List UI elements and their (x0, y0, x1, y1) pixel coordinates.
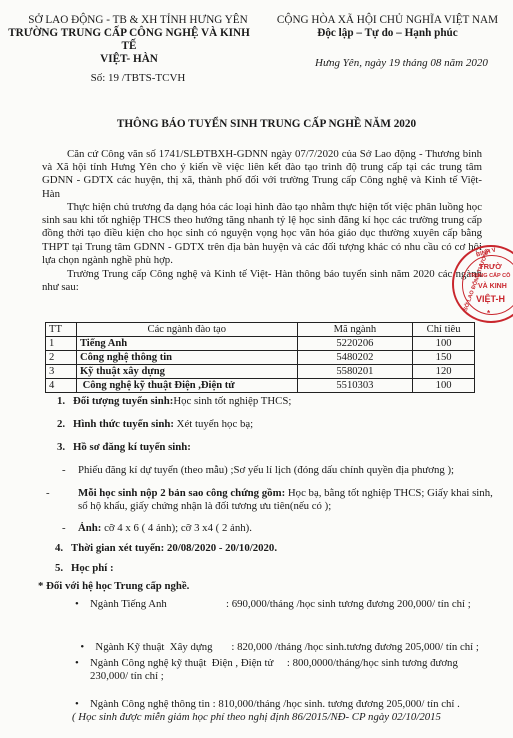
header-program: Các ngành đào tạo (76, 323, 297, 337)
row-tt: 4 (46, 379, 77, 393)
row-tt: 2 (46, 351, 77, 365)
school-name-cont: VIỆT- HÀN (0, 53, 258, 66)
table-row: 2 Công nghệ thông tin 5480202 150 (46, 351, 475, 365)
documents-item: -Mỗi học sinh nộp 2 bản sao công chứng g… (62, 487, 498, 514)
row-tt: 3 (46, 365, 77, 379)
document-date: Hưng Yên, ngày 19 tháng 08 năm 2020 (315, 57, 488, 69)
paragraph-purpose: Thực hiện chủ trương đa dạng hóa các loạ… (42, 201, 482, 267)
paragraph-announcement: Trường Trung cấp Công nghệ và Kinh tế Vi… (42, 268, 482, 294)
row-program: Kỹ thuật xây dựng (76, 365, 297, 379)
row-code: 5480202 (297, 351, 413, 365)
row-code: 5220206 (297, 337, 413, 351)
school-name: TRƯỜNG TRUNG CẤP CÔNG NGHỆ VÀ KINH TẾ (0, 27, 258, 53)
row-quota: 120 (413, 365, 475, 379)
row-code: 5510303 (297, 379, 413, 393)
row-quota: 150 (413, 351, 475, 365)
section-documents: 3.Hồ sơ đăng kí tuyển sinh: (57, 441, 191, 454)
fee-item: •Ngành Công nghệ thông tin : 810,000/thá… (75, 698, 505, 711)
documents-item: -Ảnh: cỡ 4 x 6 ( 4 ảnh); cỡ 3 x4 ( 2 ảnh… (62, 522, 252, 535)
national-title: CỘNG HÒA XÃ HỘI CHỦ NGHĨA VIỆT NAM (262, 14, 513, 27)
row-program: Tiếng Anh (76, 337, 297, 351)
section-method: 2.Hình thức tuyển sinh: Xét tuyển học bạ… (57, 418, 253, 431)
fee-item: •Ngành Công nghệ kỹ thuật Điện , Điện tử… (75, 657, 490, 683)
fee-item: •Ngành Tiếng Anh: 690,000/tháng /học sin… (75, 598, 495, 611)
table-header-row: TT Các ngành đào tạo Mã ngành Chỉ tiêu (46, 323, 475, 337)
programs-table: TT Các ngành đào tạo Mã ngành Chỉ tiêu 1… (45, 322, 475, 393)
table-row: 3 Kỹ thuật xây dựng 5580201 120 (46, 365, 475, 379)
document-title: THÔNG BÁO TUYỂN SINH TRUNG CẤP NGHỀ NĂM … (0, 118, 513, 130)
stamp-line-2: TRUNG CẤP CÔ (468, 273, 510, 279)
ministry-line: SỞ LAO ĐỘNG - TB & XH TỈNH HƯNG YÊN (0, 14, 258, 27)
stamp-star: * (487, 309, 490, 318)
documents-item: -Phiếu đăng kí dự tuyển (theo mẫu) ;Sơ y… (62, 464, 492, 477)
section-target: 1.Đối tượng tuyển sinh:Học sinh tốt nghi… (57, 395, 291, 408)
row-program: Công nghệ thông tin (76, 351, 297, 365)
row-program: Công nghệ kỹ thuật Điện ,Điện tử (76, 379, 297, 393)
national-motto: Độc lập – Tự do – Hạnh phúc (262, 27, 513, 40)
section-period: 4.Thời gian xét tuyển: 20/08/2020 - 20/1… (55, 542, 277, 555)
fee-item: •Ngành Kỹ thuật Xây dựng: 820,000 /tháng… (75, 628, 495, 654)
row-tt: 1 (46, 337, 77, 351)
stamp-line-3: VÀ KINH (478, 283, 507, 290)
fees-heading: * Đối với hệ học Trung cấp nghề. (38, 580, 189, 593)
row-code: 5580201 (297, 365, 413, 379)
row-quota: 100 (413, 379, 475, 393)
national-header: CỘNG HÒA XÃ HỘI CHỦ NGHĨA VIỆT NAM Độc l… (262, 14, 513, 40)
header-code: Mã ngành (297, 323, 413, 337)
row-quota: 100 (413, 337, 475, 351)
document-number: Số: 19 /TBTS-TCVH (0, 72, 258, 85)
issuer-header: SỞ LAO ĐỘNG - TB & XH TỈNH HƯNG YÊN TRƯỜ… (0, 14, 258, 85)
header-quota: Chỉ tiêu (413, 323, 475, 337)
table-row: 1 Tiếng Anh 5220206 100 (46, 337, 475, 351)
table-row: 4 Công nghệ kỹ thuật Điện ,Điện tử 55103… (46, 379, 475, 393)
header-tt: TT (46, 323, 77, 337)
section-tuition: 5.Học phí : (55, 562, 114, 575)
stamp-line-4: VIỆT-H (476, 294, 505, 304)
paragraph-basis: Căn cứ Công văn số 1741/SLĐTBXH-GDNN ngà… (42, 148, 482, 201)
stamp-line-1: TRƯỜ (479, 262, 502, 271)
exemption-note: ( Học sinh được miễn giảm học phí theo n… (72, 711, 441, 723)
